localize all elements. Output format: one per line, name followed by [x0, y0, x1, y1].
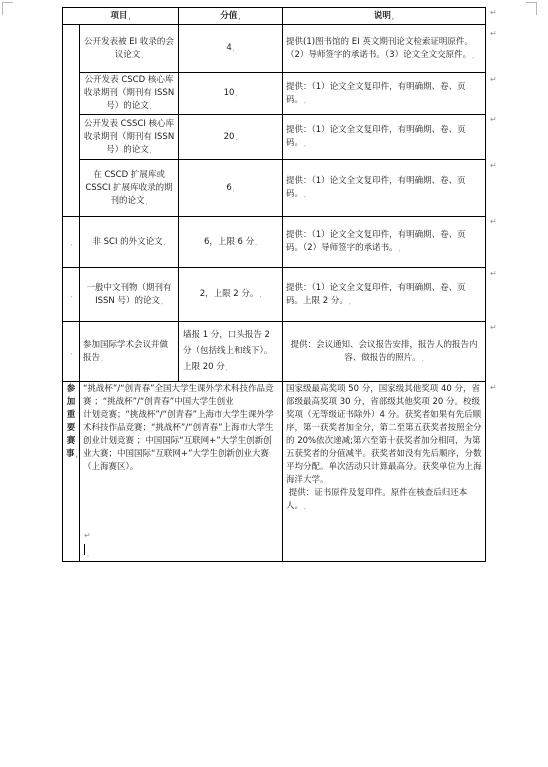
score-cell[interactable]: 墙报 1 分，口头报告 2 分（包括线上和线下）。上限 20 分 [179, 322, 283, 382]
desc-text: 提供：（1）论文全文复印件，有明确期、卷、页码。上限 2 分。 [286, 283, 466, 306]
row-end-mark: ↵ [490, 116, 497, 124]
desc-text: 提供：（1）论文全文复印件，有明确期、卷、页码。（2）导师签字的承诺书。 [286, 230, 466, 253]
cell-end-mark [70, 345, 73, 358]
score-text: 2，上限 2 分。 [200, 289, 262, 299]
item-text: 一般中文刊物（期刊有 ISSN 号）的论文 [87, 283, 172, 306]
table-header-row: 项目 分值 说明 [63, 8, 486, 25]
score-text: 4 [226, 43, 234, 53]
item-cell[interactable]: 公开发表 CSSCI 核心库收录期刊（期刊有 ISSN 号）的论文 [80, 115, 179, 160]
item-text: 公开发表 CSCD 核心库收录期刊（期刊有 ISSN 号）的论文 [84, 75, 174, 111]
desc-cell[interactable]: 提供：（1）论文全文复印件，有明确期、卷、页码。 [283, 160, 486, 217]
row-end-mark: ↵ [490, 162, 497, 170]
category-text: 参加重要赛事 [66, 384, 78, 459]
item-cell[interactable]: 参加国际学术会议并做报告 [80, 322, 179, 382]
table-row: 参加重要赛事 “挑战杯”/“创青春”全国大学生课外学术科技作品竞赛 ；“挑战杯”… [63, 382, 486, 562]
score-text: 10 [224, 88, 238, 98]
header-item-label: 项目 [110, 11, 130, 21]
item-cell[interactable]: 在 CSCD 扩展库或 CSSCI 扩展库收录的期刊的论文 [80, 160, 179, 217]
row-end-mark: ↵ [490, 30, 497, 38]
table-row: 参加国际学术会议并做报告 墙报 1 分，口头报告 2 分（包括线上和线下）。上限… [63, 322, 486, 382]
spacer-cell[interactable] [63, 25, 80, 217]
row-end-mark: ↵ [490, 9, 497, 17]
score-text: 6 [226, 183, 234, 193]
header-score-cell[interactable]: 分值 [179, 8, 283, 25]
awards-desc-text: 国家级最高奖项 50 分，国家级其他奖项 40 分，省部级最高奖项 30 分，省… [286, 384, 482, 511]
desc-cell[interactable]: 提供：会议通知、会议报告安排，报告人的报告内容、做报告的照片。 [283, 322, 486, 382]
spacer-cell[interactable] [63, 322, 80, 382]
item-text: 在 CSCD 扩展库或 CSSCI 扩展库收录的期刊的论文 [85, 170, 172, 206]
category-cell[interactable]: 参加重要赛事 [63, 382, 80, 562]
row-end-mark: ↵ [490, 384, 497, 392]
score-cell[interactable]: 20 [179, 115, 283, 160]
item-cell[interactable]: 非 SCI 的外文论文 [80, 217, 179, 268]
table-row: 公开发表 CSCD 核心库收录期刊（期刊有 ISSN 号）的论文 10 提供：（… [63, 73, 486, 115]
events-cell[interactable]: “挑战杯”/“创青春”全国大学生课外学术科技作品竞赛 ；“挑战杯”/“创青春”中… [80, 382, 283, 562]
events-text: “挑战杯”/“创青春”全国大学生课外学术科技作品竞赛 ；“挑战杯”/“创青春”中… [83, 384, 273, 472]
header-desc-cell[interactable]: 说明 [283, 8, 486, 25]
score-text: 墙报 1 分，口头报告 2 分（包括线上和线下）。上限 20 分 [183, 330, 272, 372]
table-row: 非 SCI 的外文论文 6，上限 6 分 提供：（1）论文全文复印件，有明确期、… [63, 217, 486, 268]
score-cell[interactable]: 10 [179, 73, 283, 115]
desc-cell[interactable]: 提供：（1）论文全文复印件，有明确期、卷、页码。 [283, 115, 486, 160]
item-text: 公开发表被 EI 收录的会议论文 [84, 37, 174, 60]
desc-cell[interactable]: 提供：（1）论文全文复印件，有明确期、卷、页码。上限 2 分。 [283, 268, 486, 322]
cell-end-mark [70, 288, 73, 301]
scoring-table: 项目 分值 说明 公开发表被 EI 收录的会议论文 4 提供(1)图书馆的 EI… [62, 7, 486, 562]
item-cell[interactable]: 一般中文刊物（期刊有 ISSN 号）的论文 [80, 268, 179, 322]
score-cell[interactable]: 2，上限 2 分。 [179, 268, 283, 322]
score-cell[interactable]: 6，上限 6 分 [179, 217, 283, 268]
item-cell[interactable]: 公开发表 CSCD 核心库收录期刊（期刊有 ISSN 号）的论文 [80, 73, 179, 115]
header-desc-label: 说明 [374, 11, 394, 21]
cell-end-mark [70, 236, 73, 249]
table-row: 公开发表 CSSCI 核心库收录期刊（期刊有 ISSN 号）的论文 20 提供：… [63, 115, 486, 160]
desc-cell[interactable]: 提供：（1）论文全文复印件，有明确期、卷、页码。 [283, 73, 486, 115]
text-cursor [84, 544, 85, 555]
item-text: 参加国际学术会议并做报告 [83, 340, 168, 363]
spacer-cell[interactable] [63, 217, 80, 268]
row-end-mark: ↵ [490, 270, 497, 278]
desc-text: 提供：（1）论文全文复印件，有明确期、卷、页码。 [286, 82, 466, 105]
table-row: 一般中文刊物（期刊有 ISSN 号）的论文 2，上限 2 分。 提供：（1）论文… [63, 268, 486, 322]
table-row: 公开发表被 EI 收录的会议论文 4 提供(1)图书馆的 EI 英文期刊论文检索… [63, 25, 486, 73]
row-end-mark: ↵ [490, 218, 497, 226]
row-end-mark: ↵ [490, 324, 497, 332]
row-end-mark: ↵ [490, 76, 497, 84]
desc-text: 提供(1)图书馆的 EI 英文期刊论文检索证明原件。（2）导师签字的承诺书。（3… [286, 37, 474, 60]
document-page: { "marks": { "row_end": "↵", "cell_end":… [0, 0, 548, 767]
desc-cell[interactable]: 提供(1)图书馆的 EI 英文期刊论文检索证明原件。（2）导师签字的承诺书。（3… [283, 25, 486, 73]
item-cell[interactable]: 公开发表被 EI 收录的会议论文 [80, 25, 179, 73]
desc-text: 提供：（1）论文全文复印件，有明确期、卷、页码。 [286, 176, 466, 199]
cell-end-mark: , [87, 551, 89, 558]
score-text: 20 [224, 132, 238, 142]
page-margin-corner-mark [526, 2, 537, 15]
desc-text: 提供：会议通知、会议报告安排，报告人的报告内容、做报告的照片。 [291, 340, 478, 363]
header-item-cell[interactable]: 项目 [63, 8, 179, 25]
header-score-label: 分值 [220, 11, 240, 21]
score-cell[interactable]: 4 [179, 25, 283, 73]
score-text: 6，上限 6 分 [204, 237, 257, 247]
table-row: 在 CSCD 扩展库或 CSSCI 扩展库收录的期刊的论文 6 提供：（1）论文… [63, 160, 486, 217]
spacer-cell[interactable] [63, 268, 80, 322]
page-margin-corner-mark [2, 2, 13, 15]
awards-desc-cell[interactable]: 国家级最高奖项 50 分，国家级其他奖项 40 分，省部级最高奖项 30 分，省… [283, 382, 486, 562]
desc-text: 提供：（1）论文全文复印件，有明确期、卷、页码。 [286, 125, 466, 148]
paragraph-return-mark: ↵ [84, 531, 91, 540]
item-text: 公开发表 CSSCI 核心库收录期刊（期刊有 ISSN 号）的论文 [84, 119, 174, 155]
score-cell[interactable]: 6 [179, 160, 283, 217]
desc-cell[interactable]: 提供：（1）论文全文复印件，有明确期、卷、页码。（2）导师签字的承诺书。 [283, 217, 486, 268]
item-text: 非 SCI 的外文论文 [92, 237, 165, 247]
